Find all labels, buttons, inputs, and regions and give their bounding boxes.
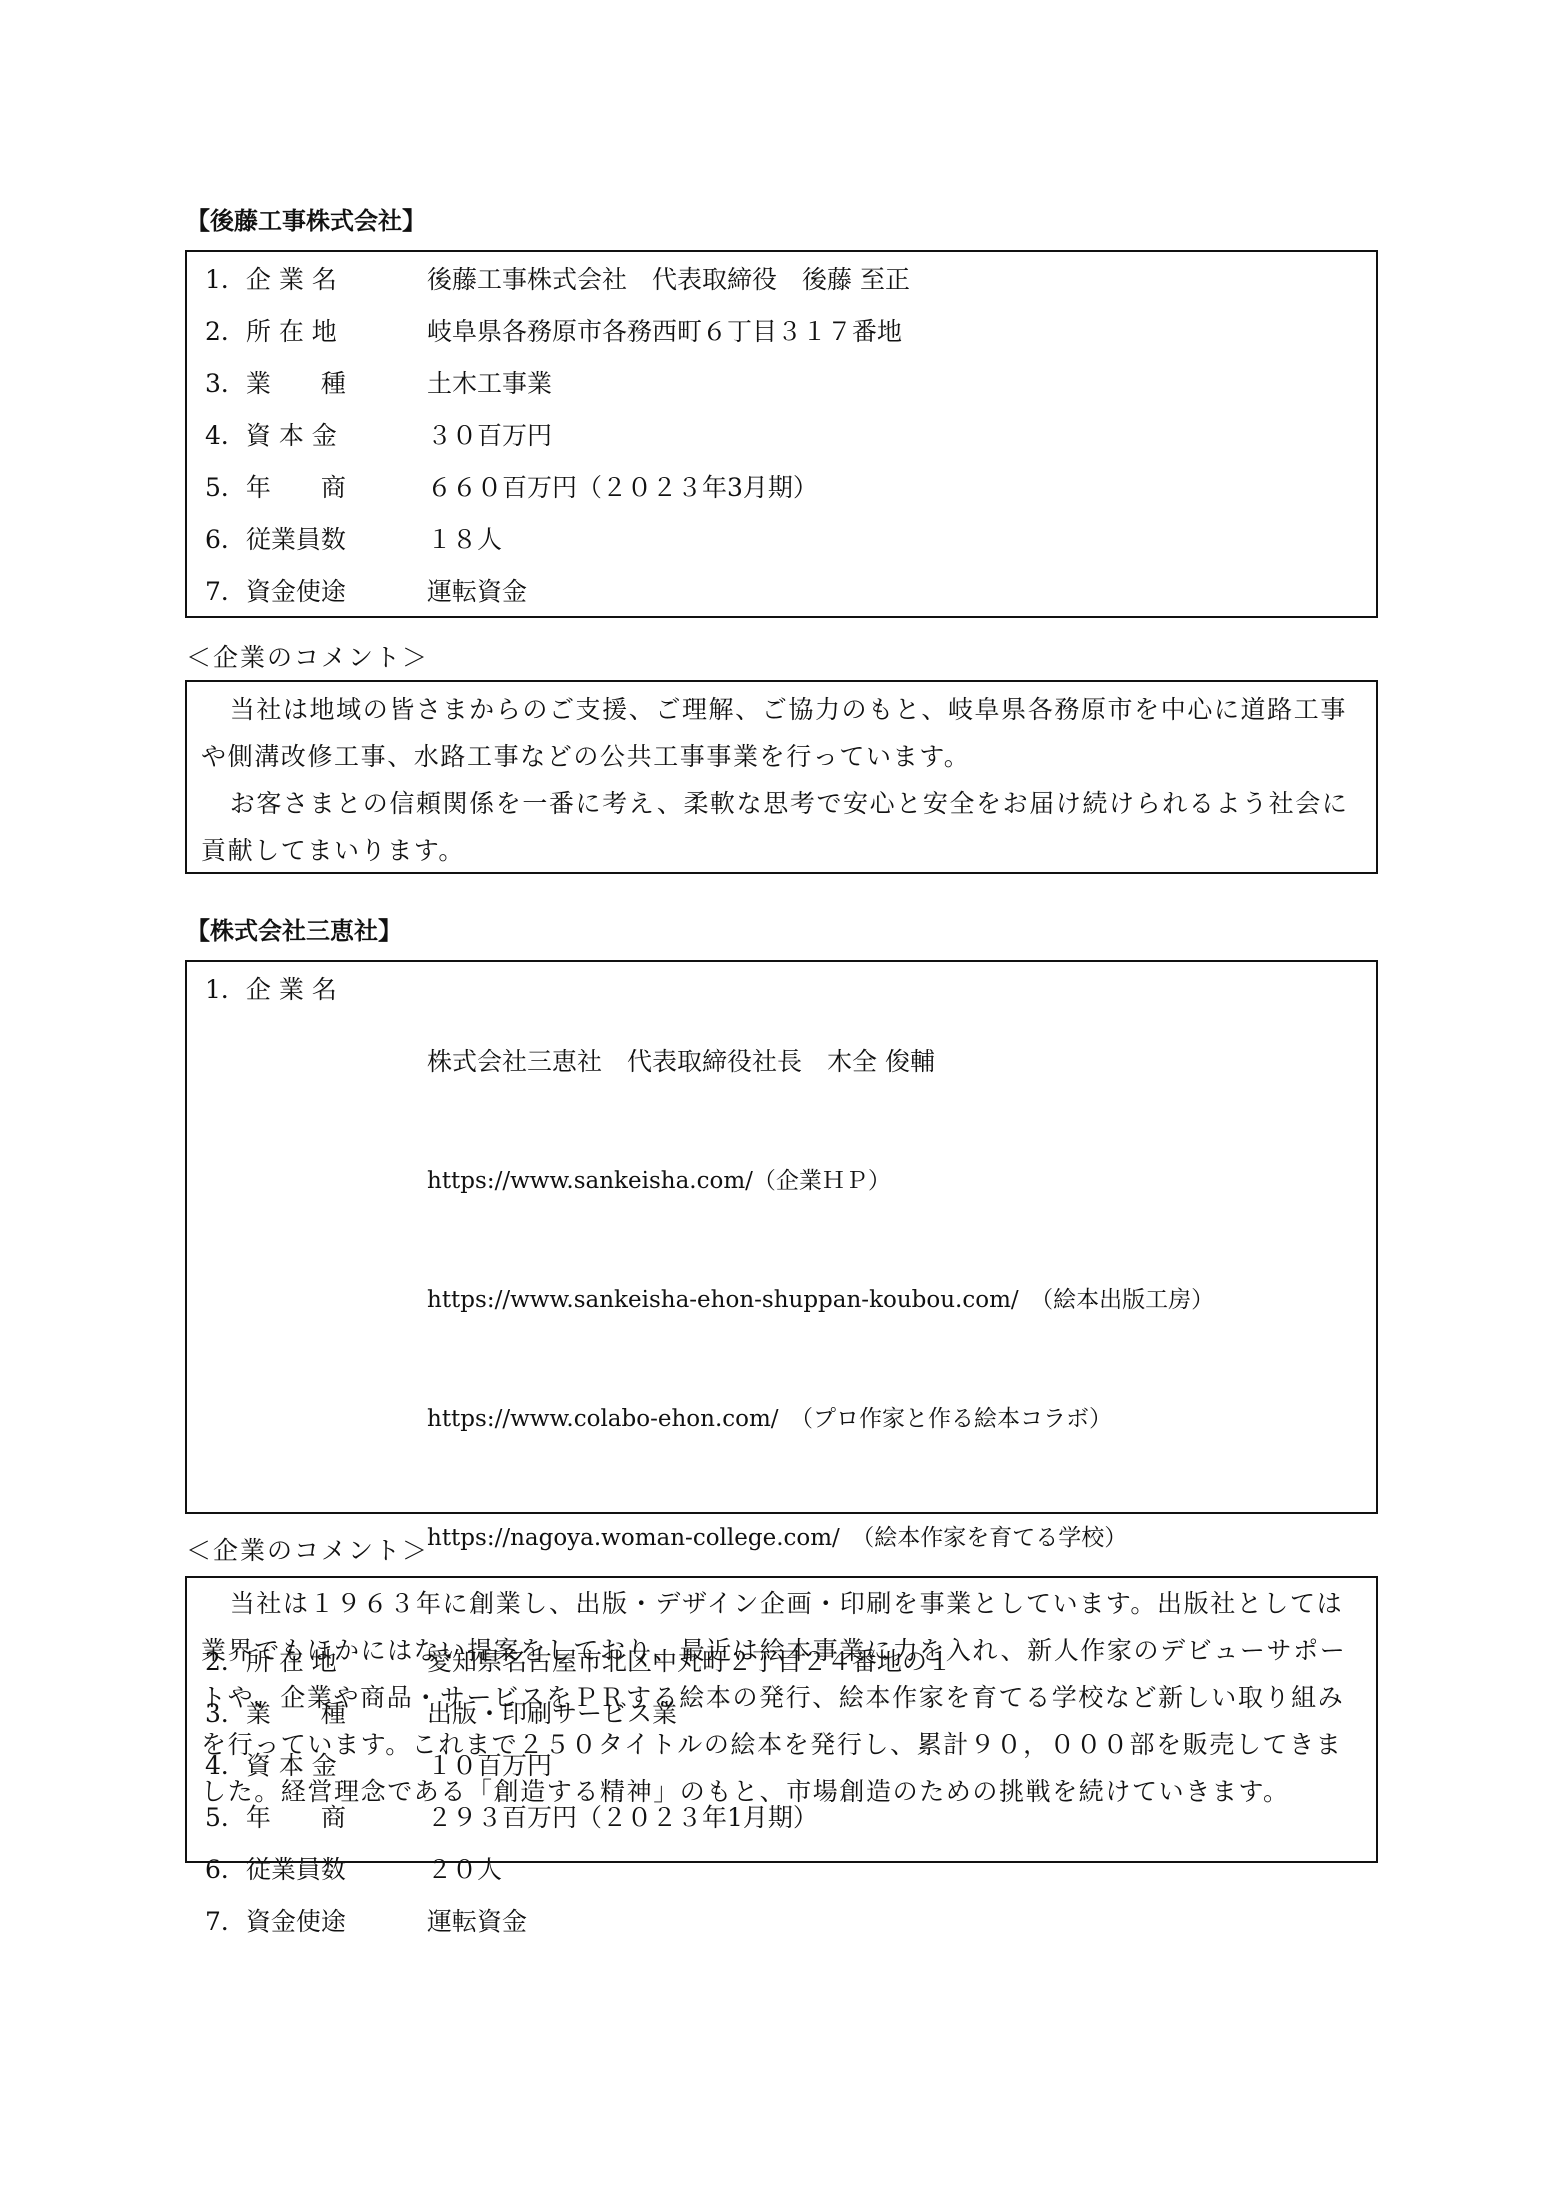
info-value: ６６０百万円（２０２３年3月期）: [427, 470, 1376, 506]
website-link[interactable]: https://www.sankeisha.com/（企業ＨＰ）: [427, 1163, 1376, 1210]
info-row-annual-sales: 5．年 商 ６６０百万円（２０２３年3月期）: [187, 470, 1376, 522]
info-row-fund-use: 7．資金使途 運転資金: [187, 1904, 1376, 1956]
info-value: １８人: [427, 522, 1376, 558]
info-label: 4．資 本 金: [187, 418, 427, 454]
website-link[interactable]: https://www.colabo-ehon.com/ （プロ作家と作る絵本コ…: [427, 1401, 1376, 1448]
info-value: 後藤工事株式会社 代表取締役 後藤 至正: [427, 262, 1376, 298]
info-label: 2．所 在 地: [187, 314, 427, 350]
company-1-title: 【後藤工事株式会社】: [186, 206, 426, 236]
info-value: ３０百万円: [427, 418, 1376, 454]
info-label: 6．従業員数: [187, 522, 427, 558]
info-value: 運転資金: [427, 1904, 1376, 1940]
info-label: 5．年 商: [187, 470, 427, 506]
info-label: 7．資金使途: [187, 1904, 427, 1940]
company-2-info-table: 1．企 業 名 株式会社三恵社 代表取締役社長 木全 俊輔 https://ww…: [185, 960, 1378, 1514]
website-link[interactable]: https://www.sankeisha-ehon-shuppan-koubo…: [427, 1282, 1376, 1329]
website-link[interactable]: https://nagoya.woman-college.com/ （絵本作家を…: [427, 1520, 1376, 1572]
info-row-company-name: 1．企 業 名 後藤工事株式会社 代表取締役 後藤 至正: [187, 262, 1376, 314]
comment-paragraph: 当社は地域の皆さまからのご支援、ご理解、ご協力のもと、岐阜県各務原市を中心に道路…: [201, 686, 1364, 780]
company-1-info-table: 1．企 業 名 後藤工事株式会社 代表取締役 後藤 至正 2．所 在 地 岐阜県…: [185, 250, 1378, 618]
comment-paragraph: お客さまとの信頼関係を一番に考え、柔軟な思考で安心と安全をお届け続けられるよう社…: [201, 780, 1364, 874]
info-label: 7．資金使途: [187, 574, 427, 610]
info-value: 岐阜県各務原市各務西町６丁目３１７番地: [427, 314, 1376, 350]
representative-line: 株式会社三恵社 代表取締役社長 木全 俊輔: [427, 1044, 1376, 1091]
company-2-title: 【株式会社三恵社】: [186, 916, 402, 946]
info-label: 1．企 業 名: [187, 262, 427, 298]
company-1-comment-label: ＜企業のコメント＞: [186, 643, 429, 673]
info-row-address: 2．所 在 地 岐阜県各務原市各務西町６丁目３１７番地: [187, 314, 1376, 366]
info-value: 運転資金: [427, 574, 1376, 610]
info-label: 3．業 種: [187, 366, 427, 402]
info-row-capital: 4．資 本 金 ３０百万円: [187, 418, 1376, 470]
info-value: 株式会社三恵社 代表取締役社長 木全 俊輔 https://www.sankei…: [427, 972, 1376, 1644]
company-2-comment-label: ＜企業のコメント＞: [186, 1536, 429, 1566]
company-2-comment-box: 当社は１９６３年に創業し、出版・デザイン企画・印刷を事業としています。出版社とし…: [185, 1576, 1378, 1863]
info-row-fund-use: 7．資金使途 運転資金: [187, 574, 1376, 626]
info-label: 1．企 業 名: [187, 972, 427, 1008]
info-row-industry: 3．業 種 土木工事業: [187, 366, 1376, 418]
info-row-employees: 6．従業員数 １８人: [187, 522, 1376, 574]
info-value: 土木工事業: [427, 366, 1376, 402]
company-1-comment-box: 当社は地域の皆さまからのご支援、ご理解、ご協力のもと、岐阜県各務原市を中心に道路…: [185, 680, 1378, 874]
comment-paragraph: 当社は１９６３年に創業し、出版・デザイン企画・印刷を事業としています。出版社とし…: [201, 1580, 1364, 1815]
